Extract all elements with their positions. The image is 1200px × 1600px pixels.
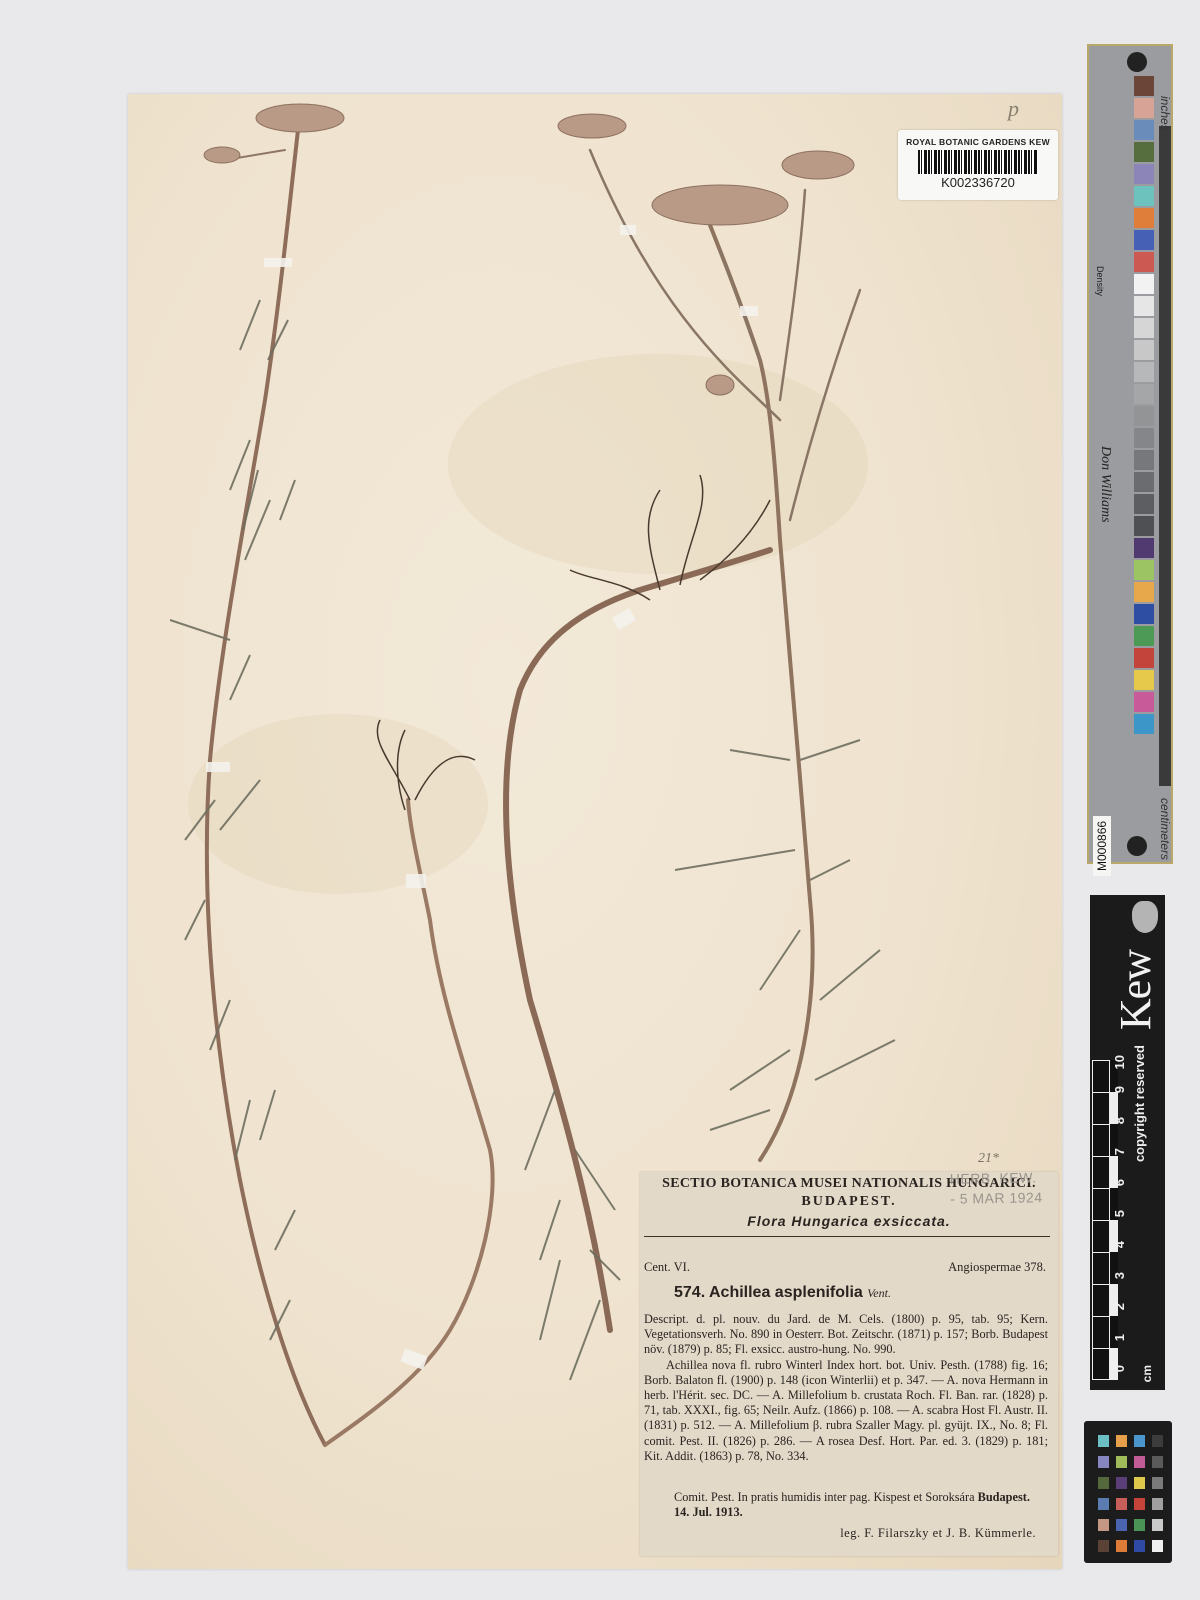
colour-swatch (1098, 1498, 1109, 1510)
scale-number: 7 (1112, 1148, 1127, 1155)
group-number: Angiospermae 378. (948, 1260, 1046, 1275)
colour-swatch (1098, 1519, 1109, 1531)
collectors: leg. F. Filarszky et J. B. Kümmerle. (840, 1526, 1036, 1541)
color-chip (1134, 494, 1154, 514)
color-chip (1134, 230, 1154, 250)
colour-swatch (1152, 1477, 1163, 1489)
colour-swatch (1116, 1456, 1127, 1468)
copyright-notice: copyright reserved (1132, 1045, 1147, 1162)
colour-swatch (1134, 1435, 1145, 1447)
color-calibration-chart: inches centimeters Density Don Williams … (1087, 44, 1173, 864)
herb-kew-stamp: HERB. KEW. - 5 MAR 1924 (950, 1167, 1043, 1209)
scale-bar (1092, 1060, 1110, 1380)
color-chip (1134, 406, 1154, 426)
color-chip (1134, 604, 1154, 624)
colour-swatch (1098, 1435, 1109, 1447)
brand-label: Don Williams (1097, 446, 1113, 523)
scale-number: 6 (1112, 1179, 1127, 1186)
institution-name: ROYAL BOTANIC GARDENS KEW (898, 137, 1058, 147)
species-number-name: 574. Achillea asplenifolia (674, 1284, 863, 1301)
scale-number: 4 (1112, 1241, 1127, 1248)
kew-crest-icon (1132, 901, 1158, 933)
synonym-paragraph: Achillea nova fl. rubro Winterl Index ho… (644, 1358, 1048, 1464)
colour-checker-card (1084, 1421, 1172, 1563)
colour-swatch (1152, 1540, 1163, 1552)
color-chip (1134, 648, 1154, 668)
color-chip (1134, 186, 1154, 206)
colour-swatch (1152, 1435, 1163, 1447)
colour-swatch (1152, 1519, 1163, 1531)
hang-hole (1127, 836, 1147, 856)
species-author: Vent. (867, 1286, 891, 1300)
scale-bar-alt (1110, 1060, 1118, 1380)
color-chip (1134, 450, 1154, 470)
color-chip (1134, 318, 1154, 338)
color-chip (1134, 208, 1154, 228)
color-chip (1134, 340, 1154, 360)
color-chip (1134, 538, 1154, 558)
color-chip (1134, 142, 1154, 162)
colour-swatch (1098, 1477, 1109, 1489)
color-chip (1134, 516, 1154, 536)
scale-number: 9 (1112, 1086, 1127, 1093)
barcode-number: K002336720 (898, 175, 1058, 190)
colour-swatch (1134, 1456, 1145, 1468)
barcode (918, 150, 1038, 174)
unit-label: cm (1140, 1365, 1154, 1382)
centimeters-label: centimeters (1156, 798, 1172, 860)
colour-swatch (1116, 1519, 1127, 1531)
color-chip (1134, 472, 1154, 492)
colour-swatch (1116, 1435, 1127, 1447)
color-chip (1134, 274, 1154, 294)
colour-swatch (1134, 1498, 1145, 1510)
colour-swatch (1116, 1498, 1127, 1510)
species-name: 574. Achillea asplenifolia Vent. (674, 1284, 891, 1302)
colour-swatch (1098, 1456, 1109, 1468)
references: Descript. d. pl. nouv. du Jard. de M. Ce… (644, 1312, 1048, 1464)
colour-swatch (1152, 1456, 1163, 1468)
reference-paragraph: Descript. d. pl. nouv. du Jard. de M. Ce… (644, 1312, 1048, 1358)
divider (644, 1236, 1050, 1237)
colour-swatch (1152, 1498, 1163, 1510)
colour-swatch (1116, 1540, 1127, 1552)
color-chip (1134, 626, 1154, 646)
label-header-series: Flora Hungarica exsiccata. (640, 1213, 1058, 1229)
colour-swatch (1098, 1540, 1109, 1552)
color-chip (1134, 252, 1154, 272)
scale-number: 5 (1112, 1210, 1127, 1217)
color-chip (1134, 670, 1154, 690)
color-chip (1134, 384, 1154, 404)
stamp-date: - 5 MAR 1924 (950, 1187, 1043, 1209)
color-chip (1134, 296, 1154, 316)
color-chip (1134, 582, 1154, 602)
scale-number: 2 (1112, 1303, 1127, 1310)
scale-number: 3 (1112, 1272, 1127, 1279)
color-chip (1134, 714, 1154, 734)
colour-swatch (1134, 1477, 1145, 1489)
handwritten-number: 21* (978, 1151, 999, 1167)
stamp-line-1: HERB. KEW. (950, 1167, 1043, 1189)
kew-logo: Kew (1110, 950, 1161, 1030)
barcode-label: ROYAL BOTANIC GARDENS KEW K002336720 (898, 130, 1058, 200)
scale-number: 8 (1112, 1117, 1127, 1124)
color-chip (1134, 560, 1154, 580)
colour-swatch (1134, 1540, 1145, 1552)
color-chip (1134, 164, 1154, 184)
locality: Comit. Pest. In pratis humidis inter pag… (674, 1490, 1048, 1520)
scale-number: 1 (1112, 1334, 1127, 1341)
color-chip (1134, 428, 1154, 448)
specimen-label: SECTIO BOTANICA MUSEI NATIONALIS HUNGARI… (640, 1172, 1058, 1556)
chart-serial: M000866 (1093, 816, 1111, 876)
locality-text: Comit. Pest. In pratis humidis inter pag… (674, 1490, 975, 1504)
ruler-strip (1159, 126, 1171, 786)
century-number: Cent. VI. (644, 1260, 690, 1275)
colour-swatch (1134, 1519, 1145, 1531)
color-chip (1134, 98, 1154, 118)
color-chip (1134, 362, 1154, 382)
scale-number: 0 (1112, 1365, 1127, 1372)
density-label: Density (1095, 266, 1105, 296)
color-chip (1134, 120, 1154, 140)
inches-label: inches (1156, 96, 1172, 131)
color-chip (1134, 76, 1154, 96)
kew-scale-bar: Kew copyright reserved 012345678910 cm (1090, 895, 1165, 1390)
scale-number: 10 (1112, 1055, 1127, 1069)
hang-hole (1127, 52, 1147, 72)
colour-swatch (1116, 1477, 1127, 1489)
color-chip (1134, 692, 1154, 712)
